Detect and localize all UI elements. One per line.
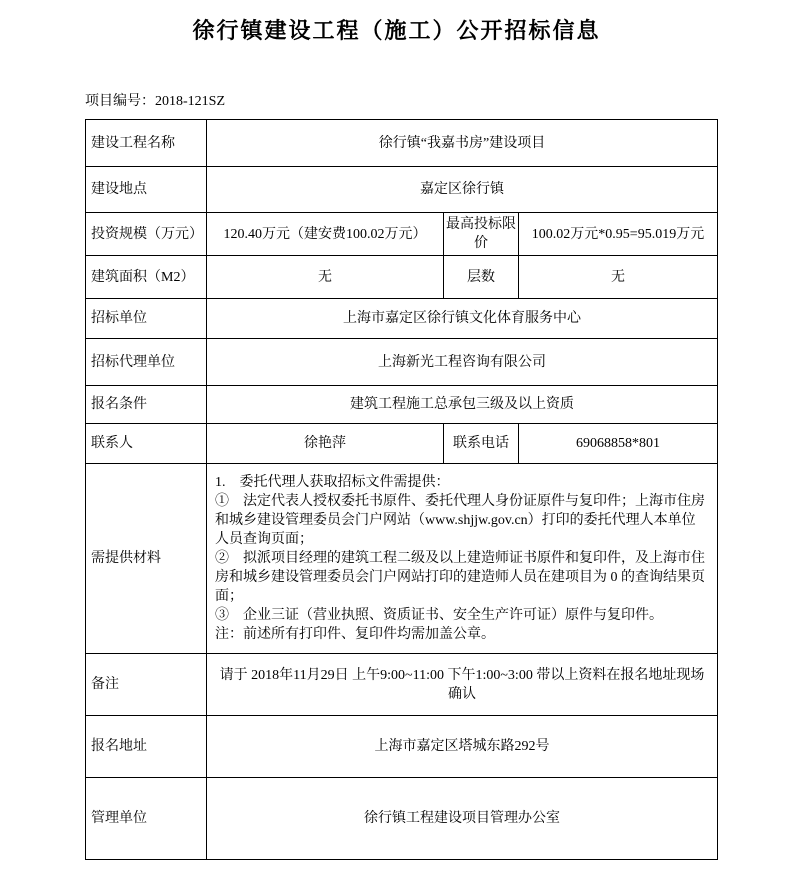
materials-line-2: ① 法定代表人授权委托书原件、委托代理人身份证原件与复印件；上海市住房和城乡建设… [215, 492, 709, 549]
row-tendering-unit: 招标单位 上海市嘉定区徐行镇文化体育服务中心 [86, 299, 718, 339]
value-management-unit: 徐行镇工程建设项目管理办公室 [207, 778, 718, 860]
row-project-name: 建设工程名称 徐行镇“我嘉书房”建设项目 [86, 120, 718, 167]
row-contact: 联系人 徐艳萍 联系电话 69068858*801 [86, 424, 718, 464]
row-building-area: 建筑面积（M2） 无 层数 无 [86, 256, 718, 299]
label-management-unit: 管理单位 [86, 778, 207, 860]
label-tendering-agency: 招标代理单位 [86, 339, 207, 386]
bidding-info-table: 建设工程名称 徐行镇“我嘉书房”建设项目 建设地点 嘉定区徐行镇 投资规模（万元… [85, 119, 718, 860]
row-construction-site: 建设地点 嘉定区徐行镇 [86, 167, 718, 213]
label-floors: 层数 [444, 256, 519, 299]
label-contact-phone: 联系电话 [444, 424, 519, 464]
row-registration-condition: 报名条件 建筑工程施工总承包三级及以上资质 [86, 386, 718, 424]
value-tendering-agency: 上海新光工程咨询有限公司 [207, 339, 718, 386]
label-required-materials: 需提供材料 [86, 464, 207, 654]
row-investment-scale: 投资规模（万元） 120.40万元（建安费100.02万元） 最高投标限价 10… [86, 213, 718, 256]
value-floors: 无 [519, 256, 718, 299]
value-required-materials: 1. 委托代理人获取招标文件需提供： ① 法定代表人授权委托书原件、委托代理人身… [207, 464, 718, 654]
value-contact-person: 徐艳萍 [207, 424, 444, 464]
materials-line-1: 1. 委托代理人获取招标文件需提供： [215, 473, 709, 492]
row-management-unit: 管理单位 徐行镇工程建设项目管理办公室 [86, 778, 718, 860]
label-remarks: 备注 [86, 654, 207, 716]
row-tendering-agency: 招标代理单位 上海新光工程咨询有限公司 [86, 339, 718, 386]
label-building-area: 建筑面积（M2） [86, 256, 207, 299]
label-registration-address: 报名地址 [86, 716, 207, 778]
label-tendering-unit: 招标单位 [86, 299, 207, 339]
value-contact-phone: 69068858*801 [519, 424, 718, 464]
value-remarks: 请于 2018年11月29日 上午9:00~11:00 下午1:00~3:00 … [207, 654, 718, 716]
label-construction-project-name: 建设工程名称 [86, 120, 207, 167]
materials-line-4: ③ 企业三证（营业执照、资质证书、安全生产许可证）原件与复印件。 [215, 606, 709, 625]
value-registration-condition: 建筑工程施工总承包三级及以上资质 [207, 386, 718, 424]
row-registration-address: 报名地址 上海市嘉定区塔城东路292号 [86, 716, 718, 778]
value-investment-scale: 120.40万元（建安费100.02万元） [207, 213, 444, 256]
row-required-materials: 需提供材料 1. 委托代理人获取招标文件需提供： ① 法定代表人授权委托书原件、… [86, 464, 718, 654]
value-registration-address: 上海市嘉定区塔城东路292号 [207, 716, 718, 778]
materials-line-3: ② 拟派项目经理的建筑工程二级及以上建造师证书原件和复印件，及上海市住房和城乡建… [215, 549, 709, 606]
page-title: 徐行镇建设工程（施工）公开招标信息 [0, 0, 793, 46]
value-construction-site: 嘉定区徐行镇 [207, 167, 718, 213]
project-number: 项目编号：2018-121SZ [85, 92, 793, 111]
row-remarks: 备注 请于 2018年11月29日 上午9:00~11:00 下午1:00~3:… [86, 654, 718, 716]
label-investment-scale: 投资规模（万元） [86, 213, 207, 256]
value-tendering-unit: 上海市嘉定区徐行镇文化体育服务中心 [207, 299, 718, 339]
label-registration-condition: 报名条件 [86, 386, 207, 424]
label-construction-site: 建设地点 [86, 167, 207, 213]
value-construction-project-name: 徐行镇“我嘉书房”建设项目 [207, 120, 718, 167]
materials-line-5: 注：前述所有打印件、复印件均需加盖公章。 [215, 625, 709, 644]
value-building-area: 无 [207, 256, 444, 299]
label-max-bid-price: 最高投标限价 [444, 213, 519, 256]
value-max-bid-price: 100.02万元*0.95=95.019万元 [519, 213, 718, 256]
label-contact-person: 联系人 [86, 424, 207, 464]
